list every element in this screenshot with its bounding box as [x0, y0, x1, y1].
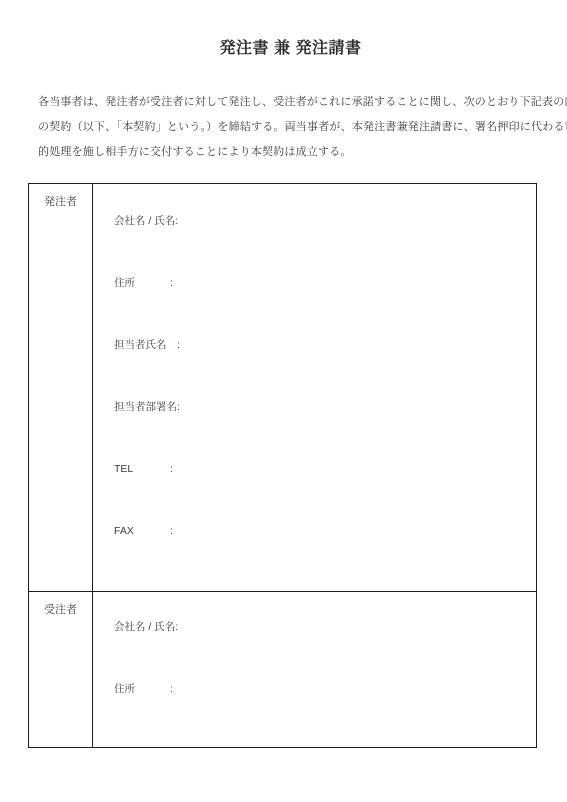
contractor-fields-cell: 会社名 / 氏名 : 住所 :: [93, 592, 536, 747]
orderer-role-label: 発注者: [44, 196, 77, 208]
field-label: TEL: [114, 463, 170, 475]
field-label: 会社名 / 氏名: [114, 215, 175, 227]
field-label: FAX: [114, 525, 170, 537]
parties-table: 発注者 会社名 / 氏名 : 住所 : 担当者氏名 :: [28, 183, 537, 748]
document-title: 発注書 兼 発注請書: [0, 0, 567, 60]
field-label: 会社名 / 氏名: [114, 621, 175, 633]
field-label: 住所: [114, 277, 170, 289]
field-row-address: 住所 :: [114, 277, 536, 339]
intro-line-1: 各当事者は、発注者が受注者に対して発注し、受注者がこれに承諾することに関し、次の…: [38, 90, 538, 115]
field-colon: :: [170, 525, 173, 537]
contractor-section: 受注者 会社名 / 氏名 : 住所 :: [29, 592, 536, 747]
contractor-role-label: 受注者: [44, 604, 77, 616]
field-colon: :: [170, 277, 173, 289]
field-colon: :: [175, 621, 178, 633]
field-row-contact-department: 担当者部署名 :: [114, 401, 536, 463]
field-row-tel: TEL :: [114, 463, 536, 525]
field-colon: :: [170, 683, 173, 695]
field-colon: :: [170, 463, 173, 475]
field-row-company-name: 会社名 / 氏名 :: [114, 215, 536, 277]
field-row-contact-person: 担当者氏名 :: [114, 339, 536, 401]
contractor-role-cell: 受注者: [29, 592, 93, 747]
field-row-company-name: 会社名 / 氏名 :: [114, 621, 536, 683]
intro-line-2: の契約（以下、「本契約」という。）を締結する。両当事者が、本発注書兼発注請書に、…: [38, 115, 538, 140]
field-colon: :: [177, 401, 180, 413]
field-colon: :: [177, 339, 180, 351]
orderer-role-cell: 発注者: [29, 184, 93, 591]
field-label: 担当者氏名: [114, 339, 177, 351]
field-colon: :: [175, 215, 178, 227]
intro-paragraph: 各当事者は、発注者が受注者に対して発注し、受注者がこれに承諾することに関し、次の…: [38, 90, 538, 165]
field-label: 住所: [114, 683, 170, 695]
field-row-address: 住所 :: [114, 683, 536, 745]
intro-line-3: 的処理を施し相手方に交付することにより本契約は成立する。: [38, 140, 538, 165]
orderer-fields-cell: 会社名 / 氏名 : 住所 : 担当者氏名 : 担当者部署名 :: [93, 184, 536, 591]
document-page: 発注書 兼 発注請書 各当事者は、発注者が受注者に対して発注し、受注者がこれに承…: [0, 0, 567, 802]
field-row-fax: FAX :: [114, 525, 536, 587]
field-label: 担当者部署名: [114, 401, 177, 413]
orderer-section: 発注者 会社名 / 氏名 : 住所 : 担当者氏名 :: [29, 184, 536, 592]
